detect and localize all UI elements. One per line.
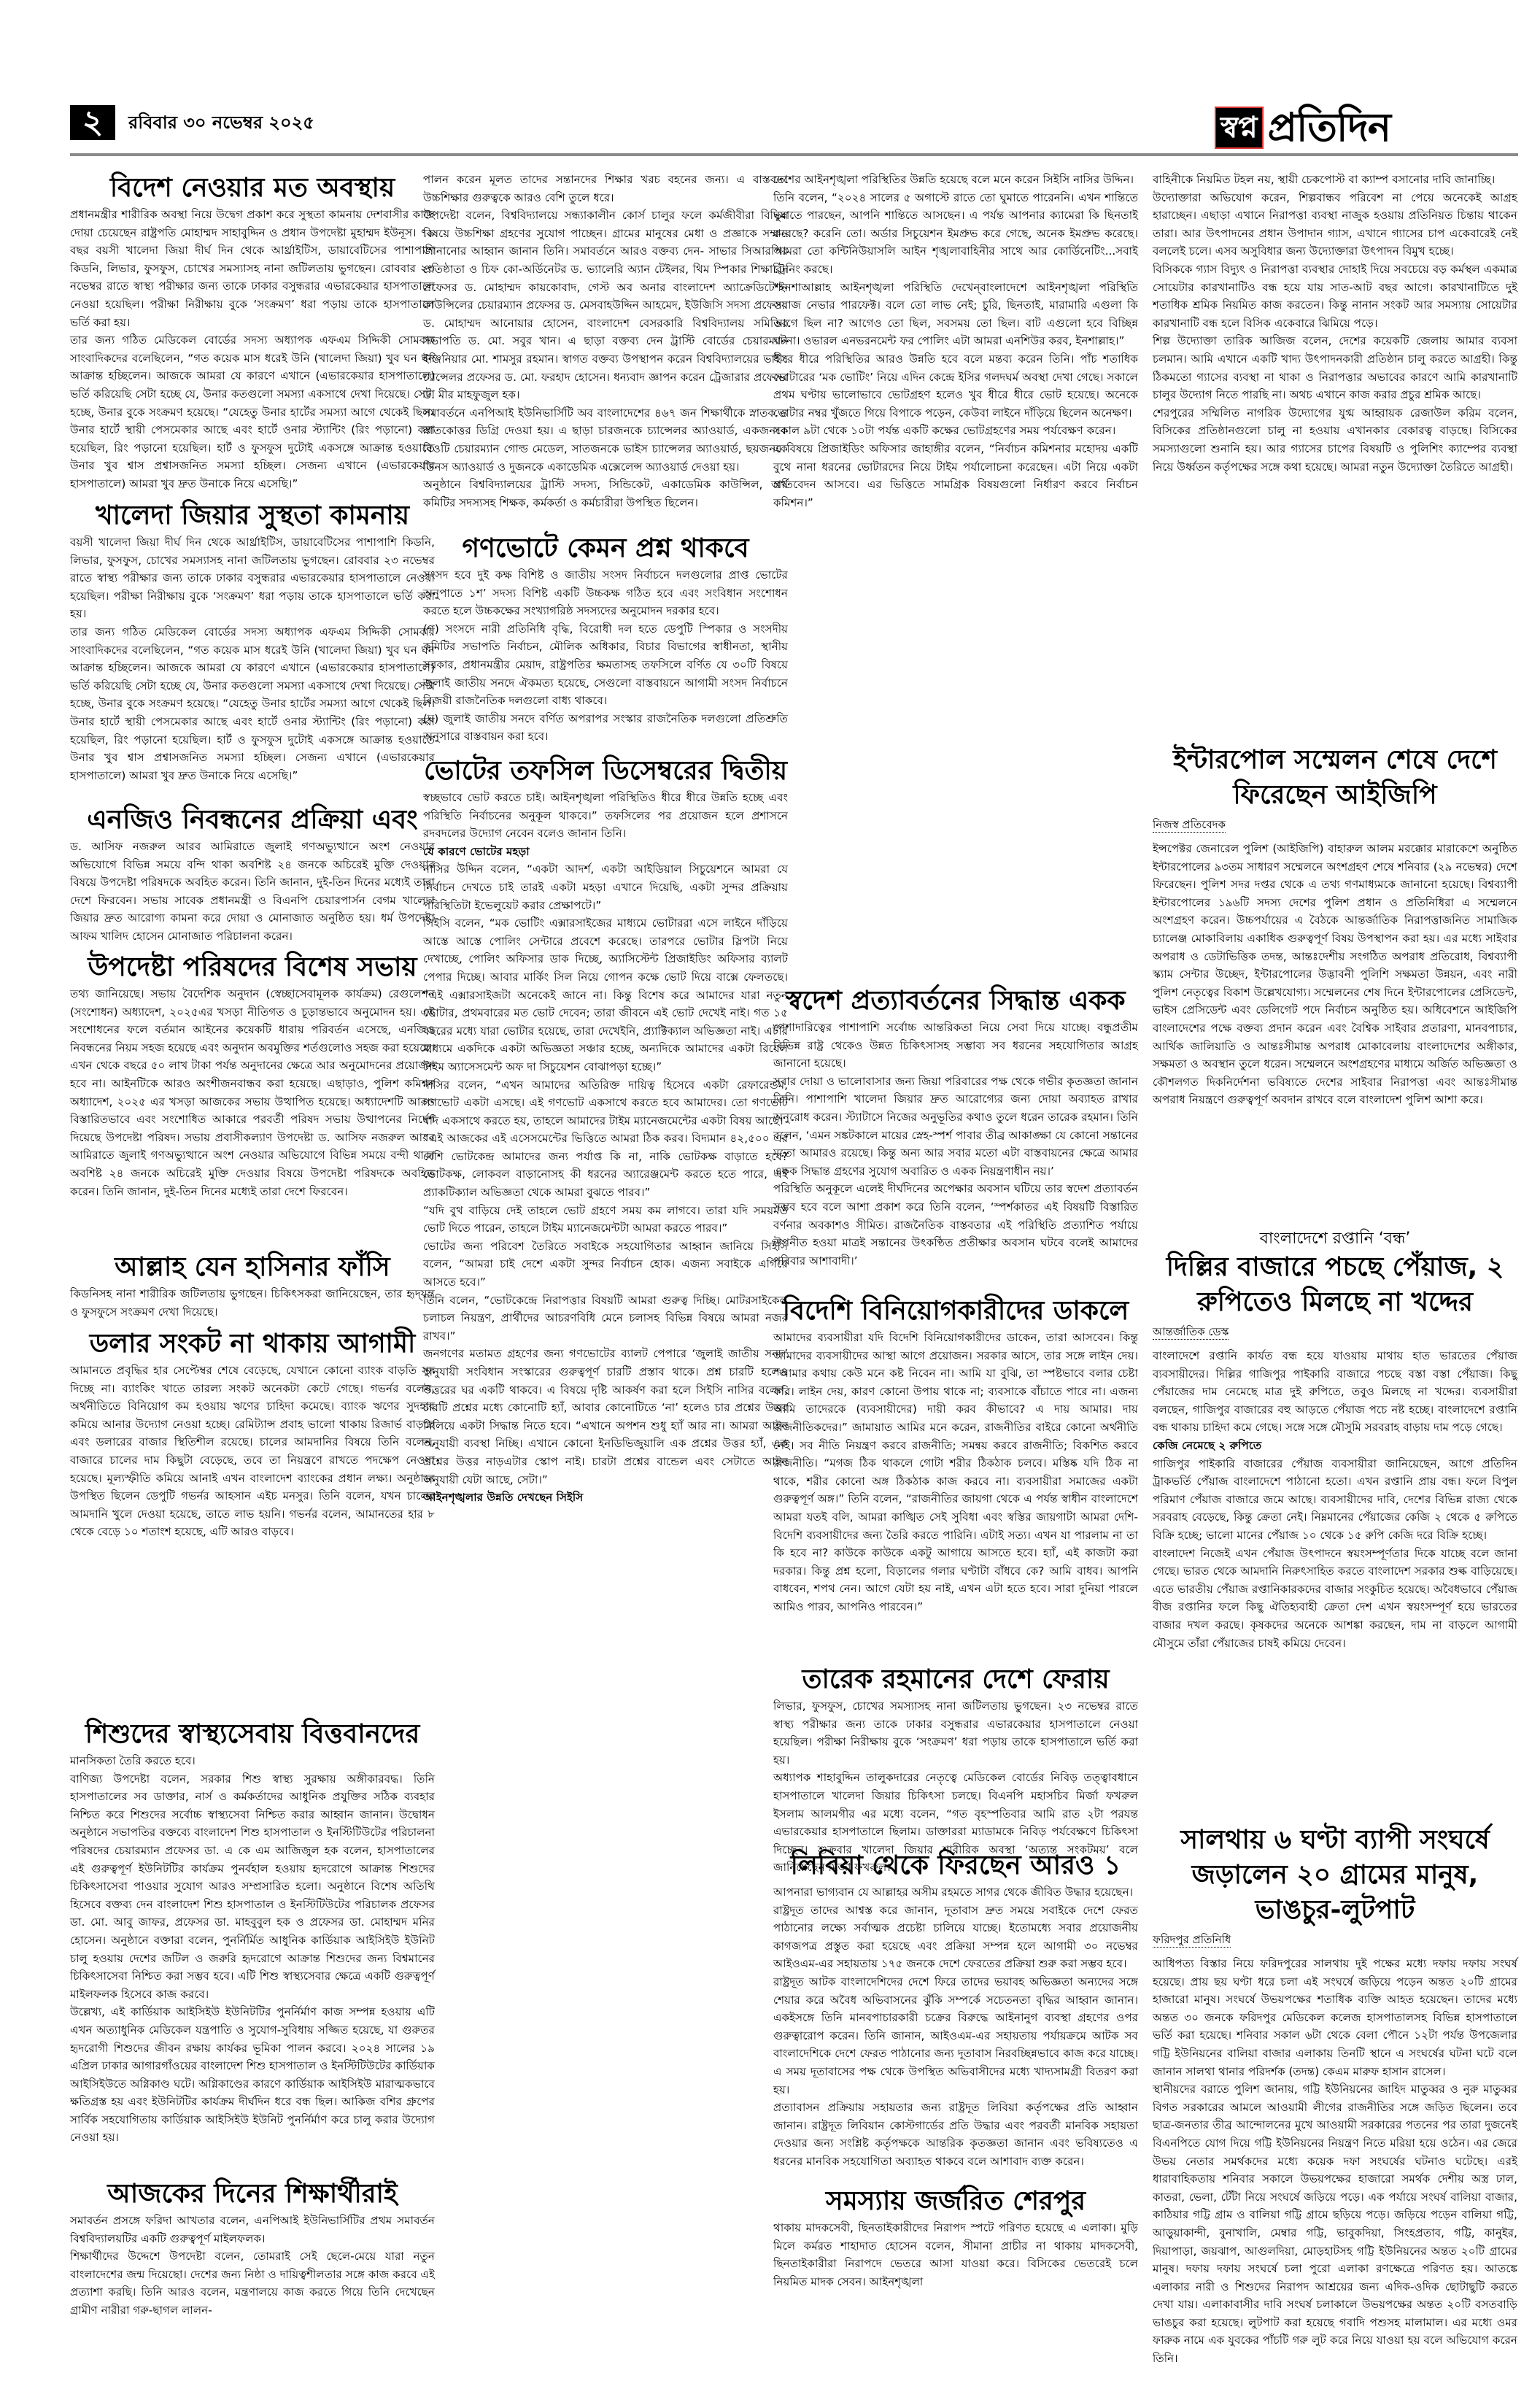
article-body: সংসদ হবে দুই কক্ষ বিশিষ্ট ও জাতীয় সংসদ … bbox=[423, 566, 788, 746]
article-continuation: পালন করেন মূলত তাদের সন্তানদের শিক্ষার খ… bbox=[423, 171, 788, 512]
byline: ফরিদপুর প্রতিনিধি bbox=[1153, 1932, 1231, 1948]
article: ভোটের তফসিল ডিসেম্বরের দ্বিতীয় স্বচ্ছভা… bbox=[423, 754, 788, 1507]
paragraph: উপদেষ্টা বলেন, বিশ্ববিদ্যালয়ে সন্ধ্যাকা… bbox=[423, 207, 788, 404]
article: উপদেষ্টা পরিষদের বিশেষ সভায় তথ্য জানিয়… bbox=[70, 950, 435, 1200]
article: বিদেশি বিনিয়োগকারীদের ডাকলে আমাদের ব্যব… bbox=[773, 1294, 1138, 1616]
subheading: যে কারণে ভোটের মহড়া bbox=[423, 843, 788, 861]
paragraph: রাষ্ট্রদূত তাদের আশ্বস্ত করে জানান, দূতা… bbox=[773, 1902, 1138, 1973]
issue-date: রবিবার ৩০ নভেম্বর ২০২৫ bbox=[128, 109, 314, 139]
paragraph: “যদি বুথ বাড়িয়ে দেই তাহলে ভোট গ্রহণে স… bbox=[423, 1202, 788, 1238]
paragraph: বিসিককে গ্যাস বিদ্যুৎ ও নিরাপত্তা ব্যবস্… bbox=[1153, 261, 1517, 332]
article: এনজিও নিবন্ধনের প্রক্রিয়া এবং ড. আসিফ ন… bbox=[70, 803, 435, 946]
newspaper-logo[interactable]: স্বপ্ন প্রতিদিন bbox=[1215, 107, 1390, 149]
paragraph: স্থানীয়দের বরাতে পুলিশ জানায়, গট্টি ইউ… bbox=[1153, 2080, 1517, 2368]
paragraph: প্রধানমন্ত্রীর শারীরিক অবস্থা নিয়ে উদ্ব… bbox=[70, 206, 435, 331]
paragraph: আপনারা ভাগ্যবান যে আল্লাহর অসীম রহমতে সা… bbox=[773, 1883, 1138, 1902]
headline[interactable]: বিদেশ নেওয়ার মত অবস্থায় bbox=[70, 171, 435, 206]
article-body: প্রধানমন্ত্রীর শারীরিক অবস্থা নিয়ে উদ্ব… bbox=[70, 206, 435, 493]
paragraph: স্বচ্ছভাবে ভোট করতে চাই। আইনশৃঙ্খলা পরিস… bbox=[423, 789, 788, 843]
paragraph: উল্লেখ্য, এই কার্ডিয়াক আইসিইউ ইউনিটটির … bbox=[70, 2003, 435, 2147]
headline[interactable]: স্বদেশ প্রত্যাবর্তনের সিদ্ধান্ত একক bbox=[773, 984, 1138, 1019]
byline: আন্তর্জাতিক ডেস্ক bbox=[1153, 1324, 1229, 1340]
paragraph: এ বিষয়ে প্রিজাইডিং অফিসার জাহাঙ্গীর বলে… bbox=[773, 440, 1138, 512]
article: গণভোটে কেমন প্রশ্ন থাকবে সংসদ হবে দুই কক… bbox=[423, 531, 788, 746]
paragraph: ভোটের জন্য পরিবেশ তৈরিতে সবাইকে সহযোগিতা… bbox=[423, 1238, 788, 1292]
paragraph: লিভার, ফুসফুস, চোখের সমস্যাসহ নানা জটিলত… bbox=[773, 1697, 1138, 1769]
paragraph: নাসির বলেন, “এখন আমাদের অতিরিক্ত দায়িত্… bbox=[423, 1076, 788, 1130]
masthead-divider bbox=[70, 153, 1518, 156]
paragraph: ধীরে ধীরে পরিস্থিতির আরও উন্নতি হবে বলে … bbox=[773, 350, 1138, 422]
paragraph: বয়সী খালেদা জিয়া দীর্ঘ দিন থেকে আর্থ্র… bbox=[70, 533, 435, 623]
paragraph: সংসদ হবে দুই কক্ষ বিশিষ্ট ও জাতীয় সংসদ … bbox=[423, 566, 788, 620]
paragraph: মানসিকতা তৈরি করতে হবে। bbox=[70, 1752, 435, 1770]
kicker: বাংলাদেশে রপ্তানি ‘বন্ধ’ bbox=[1153, 1228, 1517, 1250]
page-number: ২ bbox=[70, 105, 115, 140]
article-body: পেশাদারিত্বের পাশাপাশি সর্বোচ্চ আন্তরিকত… bbox=[773, 1019, 1138, 1270]
paragraph: (গ) সংসদে নারী প্রতিনিধি বৃদ্ধি, বিরোধী … bbox=[423, 620, 788, 710]
article-body: বাংলাদেশে রপ্তানি কার্যত বন্ধ হয়ে যাওয়… bbox=[1153, 1347, 1517, 1652]
article: খালেদা জিয়ার সুস্থতা কামনায় বয়সী খালে… bbox=[70, 498, 435, 784]
paragraph: তিনি বলেন, “২০২৪ সালের ৫ অগাস্টে রাতে তো… bbox=[773, 189, 1138, 279]
paragraph: সমাবর্তনে এনপিআই ইউনিভার্সিটি অব বাংলাদে… bbox=[423, 404, 788, 476]
paragraph: পরিস্থিতি অনুকূলে এলেই দীর্ঘদিনের অপেক্ষ… bbox=[773, 1180, 1138, 1270]
paragraph: (ঘ) জুলাই জাতীয় সনদে বর্ণিত অপরাপর সংস্… bbox=[423, 710, 788, 746]
paragraph: বাণিজ্য উপদেষ্টা বলেন, সরকার শিশু স্বাস্… bbox=[70, 1770, 435, 2004]
headline[interactable]: লিবিয়া থেকে ফিরছেন আরও ১ bbox=[773, 1848, 1138, 1883]
paragraph: বাংলাদেশ নিজেই এখন পেঁয়াজ উৎপাদনে স্বয়… bbox=[1153, 1545, 1517, 1653]
paragraph: পেশাদারিত্বের পাশাপাশি সর্বোচ্চ আন্তরিকত… bbox=[773, 1019, 1138, 1073]
subheading: আইনশৃঙ্খলার উন্নতি দেখছেন সিইসি bbox=[423, 1489, 788, 1507]
article-body: আমানতে প্রবৃদ্ধির হার সেপ্টেম্বর শেষে বে… bbox=[70, 1362, 435, 1541]
headline[interactable]: বিদেশি বিনিয়োগকারীদের ডাকলে bbox=[773, 1294, 1138, 1329]
headline[interactable]: ডলার সংকট না থাকায় আগামী bbox=[70, 1327, 435, 1362]
article: ইন্টারপোল সম্মেলন শেষে দেশে ফিরেছেন আইজি… bbox=[1153, 743, 1517, 1109]
article-body: বাহিনীকে নিয়মিত টহল নয়, স্থায়ী চেকপোস… bbox=[1153, 171, 1517, 476]
article: আল্লাহ যেন হাসিনার ফাঁসি কিডনিসহ নানা শা… bbox=[70, 1250, 435, 1321]
article-body: ড. আসিফ নজরুল আরব আমিরাতে জুলাই গণঅভ্যুত… bbox=[70, 838, 435, 946]
paragraph: অনুষ্ঠানে বিশ্ববিদ্যালয়ের ট্রাস্টি সদস্… bbox=[423, 476, 788, 512]
paragraph: কিডনিসহ নানা শারীরিক জটিলতায় ভুগছেন। চি… bbox=[70, 1285, 435, 1321]
logo-wordmark: প্রতিদিন bbox=[1264, 107, 1390, 149]
paragraph: রাষ্ট্রদূত আটক বাংলাদেশিদের দেশে ফিরে তা… bbox=[773, 1973, 1138, 2099]
paragraph: তিনি বলেন, “ভোটকেন্দ্রে নিরাপত্তার বিষয়… bbox=[423, 1292, 788, 1346]
headline[interactable]: ভোটের তফসিল ডিসেম্বরের দ্বিতীয় bbox=[423, 754, 788, 789]
article-body: মানসিকতা তৈরি করতে হবে। বাণিজ্য উপদেষ্টা… bbox=[70, 1752, 435, 2147]
paragraph: বাহিনীকে নিয়মিত টহল নয়, স্থায়ী চেকপোস… bbox=[1153, 171, 1517, 189]
paragraph: সমাবর্তন প্রসঙ্গে ফরিদা আখতার বলেন, এনপি… bbox=[70, 2212, 435, 2247]
paragraph: তথ্য জানিয়েছে। সভায় বৈদেশিক অনুদান (স্… bbox=[70, 985, 435, 1200]
headline[interactable]: খালেদা জিয়ার সুস্থতা কামনায় bbox=[70, 498, 435, 533]
paragraph: ইন্সপেক্টর জেনারেল পুলিশ (আইজিপি) বাহারু… bbox=[1153, 840, 1517, 1109]
paragraph: তার জন্য গঠিত মেডিকেল বোর্ডের সদস্য অধ্য… bbox=[70, 331, 435, 493]
paragraph: নাসির উদ্দিন বলেন, “একটা আদর্শ, একটা আইড… bbox=[423, 860, 788, 914]
paragraph: শিক্ষার্থীদের উদ্দেশে উপদেষ্টা বলেন, তোম… bbox=[70, 2247, 435, 2319]
article-continuation: বাহিনীকে নিয়মিত টহল নয়, স্থায়ী চেকপোস… bbox=[1153, 171, 1517, 476]
paragraph: উদ্যোক্তারা অভিযোগ করেন, শিল্পবান্ধব পরি… bbox=[1153, 189, 1517, 261]
article: তারেক রহমানের দেশে ফেরায় লিভার, ফুসফুস,… bbox=[773, 1662, 1138, 1877]
logo-mark: স্বপ্ন bbox=[1215, 107, 1264, 149]
article: স্বদেশ প্রত্যাবর্তনের সিদ্ধান্ত একক পেশা… bbox=[773, 984, 1138, 1270]
headline[interactable]: দিল্লির বাজারে পচছে পেঁয়াজ, ২ রুপিতেও ম… bbox=[1153, 1250, 1517, 1320]
subheading: কেজি নেমেছে ২ রুপিতে bbox=[1153, 1437, 1517, 1455]
paragraph: বাংলাদেশে রপ্তানি কার্যত বন্ধ হয়ে যাওয়… bbox=[1153, 1347, 1517, 1437]
article-body: কিডনিসহ নানা শারীরিক জটিলতায় ভুগছেন। চি… bbox=[70, 1285, 435, 1321]
article-body: আপনারা ভাগ্যবান যে আল্লাহর অসীম রহমতে সা… bbox=[773, 1883, 1138, 2171]
article: শিশুদের স্বাস্থ্যসেবায় বিত্তবানদের মানস… bbox=[70, 1717, 435, 2147]
headline[interactable]: সালথায় ৬ ঘণ্টা ব্যাপী সংঘর্ষে জড়ালেন ২… bbox=[1153, 1823, 1517, 1928]
article-body: তথ্য জানিয়েছে। সভায় বৈদেশিক অনুদান (স্… bbox=[70, 985, 435, 1200]
article: বিদেশ নেওয়ার মত অবস্থায় প্রধানমন্ত্রীর… bbox=[70, 171, 435, 493]
paragraph: সবার দোয়া ও ভালোবাসার জন্য জিয়া পরিবার… bbox=[773, 1073, 1138, 1181]
headline[interactable]: এনজিও নিবন্ধনের প্রক্রিয়া এবং bbox=[70, 803, 435, 838]
article-body: স্বচ্ছভাবে ভোট করতে চাই। আইনশৃঙ্খলা পরিস… bbox=[423, 789, 788, 1507]
article: লিবিয়া থেকে ফিরছেন আরও ১ আপনারা ভাগ্যবা… bbox=[773, 1848, 1138, 2171]
paragraph: আধিপত্য বিস্তার নিয়ে ফরিদপুরের সালথায় … bbox=[1153, 1955, 1517, 2080]
article-body: সমাবর্তন প্রসঙ্গে ফরিদা আখতার বলেন, এনপি… bbox=[70, 2212, 435, 2320]
article: সমস্যায় জর্জরিত শেরপুর থাকায় মাদকসেবী,… bbox=[773, 2184, 1138, 2291]
article: সালথায় ৬ ঘণ্টা ব্যাপী সংঘর্ষে জড়ালেন ২… bbox=[1153, 1823, 1517, 2368]
paragraph: সকাল ৯টা থেকে ১০টা পর্যন্ত একটি কক্ষের ভ… bbox=[773, 422, 1138, 440]
paragraph: “এই আজকের এই এসেসমেন্টের ভিত্তিতে আমরা ঠ… bbox=[423, 1130, 788, 1201]
article-body: আমাদের ব্যবসায়ীরা যদি বিদেশি বিনিয়োগকা… bbox=[773, 1329, 1138, 1616]
headline[interactable]: গণভোটে কেমন প্রশ্ন থাকবে bbox=[423, 531, 788, 566]
paragraph: শিল্প উদ্যোক্তা তারিক আজিজ বলেন, দেশের ক… bbox=[1153, 332, 1517, 404]
headline[interactable]: উপদেষ্টা পরিষদের বিশেষ সভায় bbox=[70, 950, 435, 985]
article: ডলার সংকট না থাকায় আগামী আমানতে প্রবৃদ্… bbox=[70, 1327, 435, 1541]
article: আজকের দিনের শিক্ষার্থীরাই সমাবর্তন প্রসঙ… bbox=[70, 2177, 435, 2320]
paragraph: আমাদের ব্যবসায়ীরা যদি বিদেশি বিনিয়োগকা… bbox=[773, 1329, 1138, 1616]
paragraph: সিইসি বলেন, “মক ভোটিং এক্সারসাইজের মাধ্য… bbox=[423, 914, 788, 1076]
paragraph: ড. আসিফ নজরুল আরব আমিরাতে জুলাই গণঅভ্যুত… bbox=[70, 838, 435, 946]
headline[interactable]: ইন্টারপোল সম্মেলন শেষে দেশে ফিরেছেন আইজি… bbox=[1153, 743, 1517, 813]
paragraph: পালন করেন মূলত তাদের সন্তানদের শিক্ষার খ… bbox=[423, 171, 788, 207]
headline[interactable]: সমস্যায় জর্জরিত শেরপুর bbox=[773, 2184, 1138, 2219]
paragraph: আমানতে প্রবৃদ্ধির হার সেপ্টেম্বর শেষে বে… bbox=[70, 1362, 435, 1541]
article-body: আধিপত্য বিস্তার নিয়ে ফরিদপুরের সালথায় … bbox=[1153, 1955, 1517, 2368]
article-body: বয়সী খালেদা জিয়া দীর্ঘ দিন থেকে আর্থ্র… bbox=[70, 533, 435, 784]
headline[interactable]: শিশুদের স্বাস্থ্যসেবায় বিত্তবানদের bbox=[70, 1717, 435, 1752]
paragraph: থাকায় মাদকসেবী, ছিনতাইকারীদের নিরাপদ স্… bbox=[773, 2219, 1138, 2291]
headline[interactable]: আল্লাহ যেন হাসিনার ফাঁসি bbox=[70, 1250, 435, 1285]
paragraph: প্রত্যাবাসন প্রক্রিয়ায় সহায়তার জন্য র… bbox=[773, 2099, 1138, 2170]
paragraph: তার জন্য গঠিত মেডিকেল বোর্ডের সদস্য অধ্য… bbox=[70, 623, 435, 784]
paragraph: দেশের আইনশৃঙ্খলা পরিস্থিতির উন্নতি হয়েছ… bbox=[773, 171, 1138, 189]
article: বাংলাদেশে রপ্তানি ‘বন্ধ’ দিল্লির বাজারে … bbox=[1153, 1228, 1517, 1652]
paragraph: জনগণের মতামত গ্রহণের জন্য গণভোটের ব্যালট… bbox=[423, 1345, 788, 1489]
headline[interactable]: আজকের দিনের শিক্ষার্থীরাই bbox=[70, 2177, 435, 2212]
article-body: ইন্সপেক্টর জেনারেল পুলিশ (আইজিপি) বাহারু… bbox=[1153, 840, 1517, 1109]
headline[interactable]: তারেক রহমানের দেশে ফেরায় bbox=[773, 1662, 1138, 1697]
byline: নিজস্ব প্রতিবেদক bbox=[1153, 817, 1226, 833]
paragraph: শেরপুরের সম্মিলিত নাগরিক উদ্যোগের যুগ্ম … bbox=[1153, 404, 1517, 476]
article-body: পালন করেন মূলত তাদের সন্তানদের শিক্ষার খ… bbox=[423, 171, 788, 512]
paragraph: গাজিপুর পাইকারি বাজারের পেঁয়াজ ব্যবসায়… bbox=[1153, 1455, 1517, 1545]
article-body: দেশের আইনশৃঙ্খলা পরিস্থিতির উন্নতি হয়েছ… bbox=[773, 171, 1138, 512]
article-continuation: দেশের আইনশৃঙ্খলা পরিস্থিতির উন্নতি হয়েছ… bbox=[773, 171, 1138, 512]
article-body: থাকায় মাদকসেবী, ছিনতাইকারীদের নিরাপদ স্… bbox=[773, 2219, 1138, 2291]
paragraph: “ইনশাআল্লাহ আইনশৃঙ্খলা পরিস্থিতি দেখেন্‌… bbox=[773, 279, 1138, 350]
